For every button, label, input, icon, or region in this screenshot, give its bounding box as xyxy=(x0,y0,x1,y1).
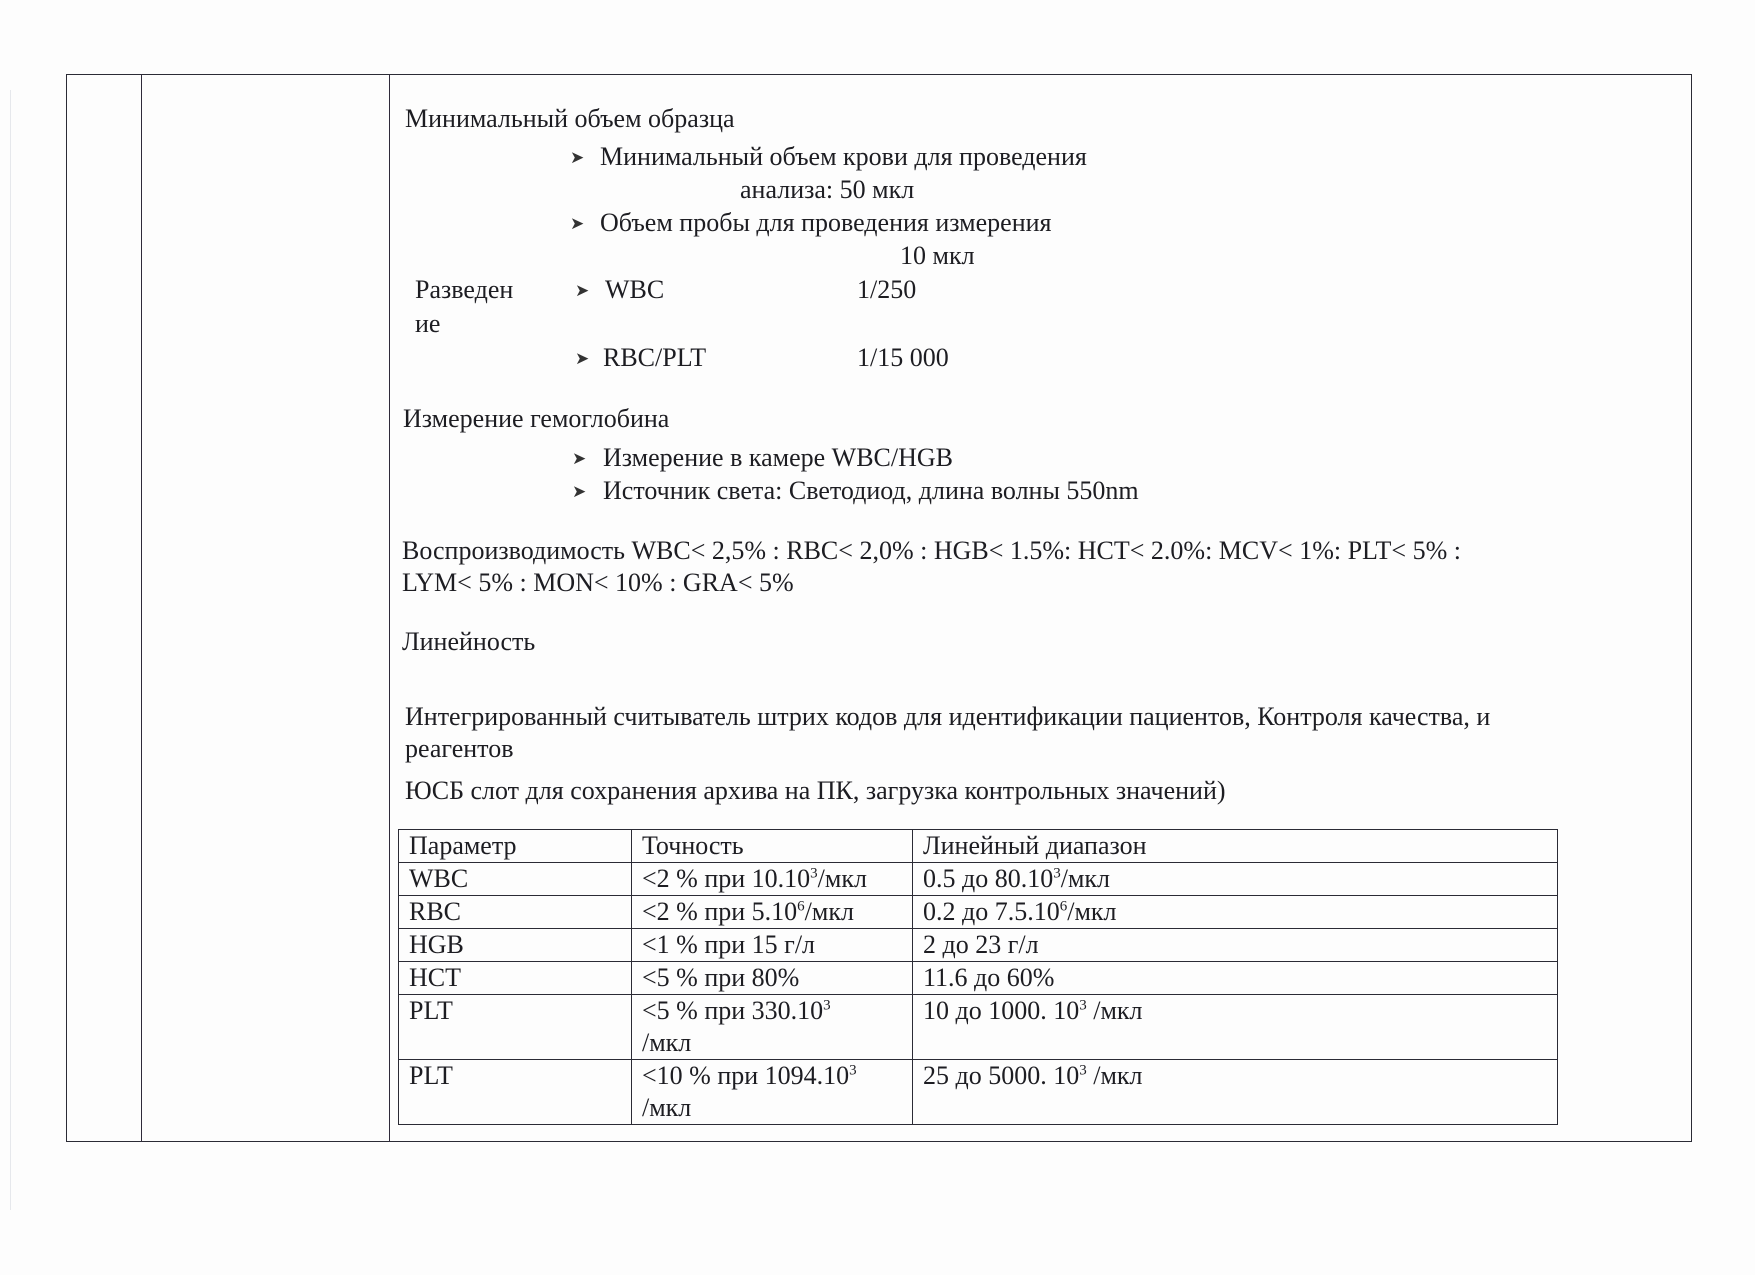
cell-accuracy: <5 % при 80% xyxy=(632,962,913,995)
linearity-title: Линейность xyxy=(402,627,535,657)
column-divider-2 xyxy=(389,74,390,1142)
table-header-row: Параметр Точность Линейный диапазон xyxy=(399,830,1558,863)
parameters-table: Параметр Точность Линейный диапазон WBC<… xyxy=(398,829,1558,1125)
min-volume-item-1-cont: анализа: 50 мкл xyxy=(740,175,914,205)
diamond-arrow-bullet-icon: ➤ xyxy=(572,444,586,474)
cell-linear-range: 10 до 1000. 103 /мкл xyxy=(913,995,1558,1060)
dilution-label: Разведен xyxy=(415,275,513,305)
cell-linear-range: 0.5 до 80.103/мкл xyxy=(913,863,1558,896)
cell-accuracy: <1 % при 15 г/л xyxy=(632,929,913,962)
usb-slot-text: ЮСБ слот для сохранения архива на ПК, за… xyxy=(405,776,1226,806)
cell-parameter: HCT xyxy=(399,962,632,995)
cell-linear-range: 2 до 23 г/л xyxy=(913,929,1558,962)
table-row: PLT<5 % при 330.103/мкл10 до 1000. 103 /… xyxy=(399,995,1558,1060)
diamond-arrow-bullet-icon: ➤ xyxy=(575,276,589,306)
cell-parameter: WBC xyxy=(399,863,632,896)
table-row: RBC<2 % при 5.106/мкл0.2 до 7.5.106/мкл xyxy=(399,896,1558,929)
hemoglobin-item-2: Источник света: Светодиод, длина волны 5… xyxy=(603,476,1139,506)
cell-accuracy: <10 % при 1094.103/мкл xyxy=(632,1060,913,1125)
diamond-arrow-bullet-icon: ➤ xyxy=(575,344,589,374)
barcode-line-2: реагентов xyxy=(405,734,513,764)
min-volume-item-2: Объем пробы для проведения измерения xyxy=(600,208,1052,238)
dilution-wbc-name: WBC xyxy=(605,275,664,305)
diamond-arrow-bullet-icon: ➤ xyxy=(572,477,586,507)
table-row: HCT<5 % при 80%11.6 до 60% xyxy=(399,962,1558,995)
cell-parameter: PLT xyxy=(399,995,632,1060)
barcode-line-1: Интегрированный считыватель штрих кодов … xyxy=(405,702,1490,732)
cell-parameter: PLT xyxy=(399,1060,632,1125)
table-row: WBC<2 % при 10.103/мкл0.5 до 80.103/мкл xyxy=(399,863,1558,896)
cell-linear-range: 11.6 до 60% xyxy=(913,962,1558,995)
hemoglobin-item-1: Измерение в камере WBC/HGB xyxy=(603,443,953,473)
cell-linear-range: 0.2 до 7.5.106/мкл xyxy=(913,896,1558,929)
column-divider-1 xyxy=(141,74,142,1142)
cell-accuracy: <2 % при 10.103/мкл xyxy=(632,863,913,896)
header-linear-range: Линейный диапазон xyxy=(913,830,1558,863)
dilution-rbcplt-name: RBC/PLT xyxy=(603,343,706,373)
diamond-arrow-bullet-icon: ➤ xyxy=(570,209,584,239)
hemoglobin-title: Измерение гемоглобина xyxy=(403,404,669,434)
min-volume-item-2-cont: 10 мкл xyxy=(900,241,975,271)
cell-parameter: RBC xyxy=(399,896,632,929)
reproducibility-line-1: Воспроизводимость WBC< 2,5% : RBC< 2,0% … xyxy=(402,536,1461,566)
dilution-label-cont: ие xyxy=(415,309,440,339)
min-volume-item-1: Минимальный объем крови для проведения xyxy=(600,142,1087,172)
scan-edge-artifact xyxy=(10,90,11,1210)
cell-accuracy: <5 % при 330.103/мкл xyxy=(632,995,913,1060)
cell-accuracy: <2 % при 5.106/мкл xyxy=(632,896,913,929)
header-parameter: Параметр xyxy=(399,830,632,863)
dilution-wbc-value: 1/250 xyxy=(857,275,916,305)
cell-linear-range: 25 до 5000. 103 /мкл xyxy=(913,1060,1558,1125)
reproducibility-line-2: LYM< 5% : MON< 10% : GRA< 5% xyxy=(402,568,794,598)
header-accuracy: Точность xyxy=(632,830,913,863)
dilution-rbcplt-value: 1/15 000 xyxy=(857,343,949,373)
table-row: PLT<10 % при 1094.103/мкл25 до 5000. 103… xyxy=(399,1060,1558,1125)
table-row: HGB<1 % при 15 г/л2 до 23 г/л xyxy=(399,929,1558,962)
diamond-arrow-bullet-icon: ➤ xyxy=(570,143,584,173)
cell-parameter: HGB xyxy=(399,929,632,962)
min-volume-title: Минимальный объем образца xyxy=(405,104,735,134)
table-body: WBC<2 % при 10.103/мкл0.5 до 80.103/мклR… xyxy=(399,863,1558,1125)
